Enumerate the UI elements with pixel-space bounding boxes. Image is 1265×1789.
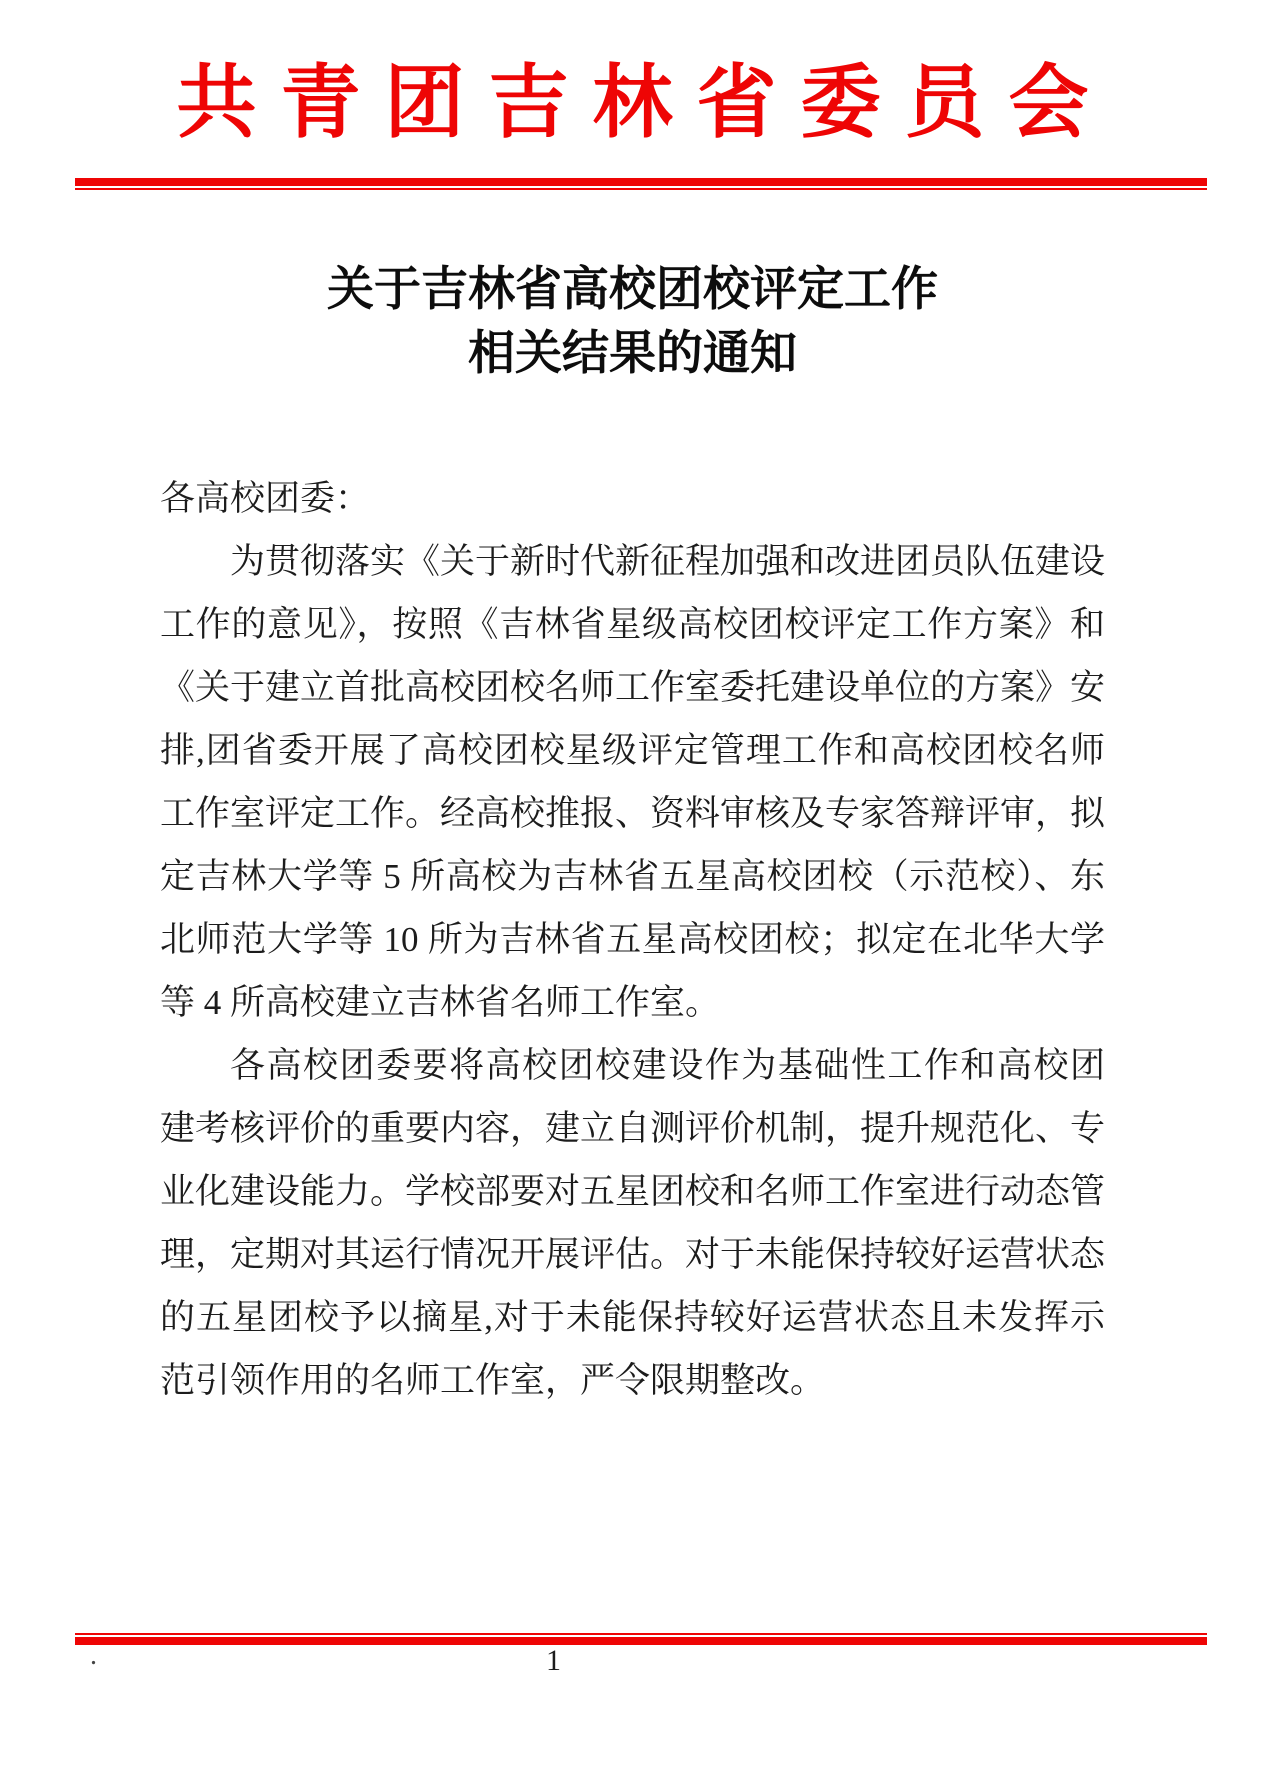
paragraph: 为贯彻落实《关于新时代新征程加强和改进团员队伍建设工作的意见》，按照《吉林省星级… — [160, 530, 1105, 1034]
header-separator — [75, 178, 1207, 190]
body-paragraphs: 为贯彻落实《关于新时代新征程加强和改进团员队伍建设工作的意见》，按照《吉林省星级… — [160, 530, 1105, 1412]
document-title-line-1: 关于吉林省高校团校评定工作 — [0, 258, 1265, 322]
footer-separator — [75, 1633, 1207, 1645]
body-line: 工作的意见》，按照《吉林省星级高校团校评定工作方案》和 — [160, 593, 1105, 656]
body-line: 业化建设能力。学校部要对五星团校和名师工作室进行动态管 — [160, 1160, 1105, 1223]
body-line: 的五星团校予以摘星,对于未能保持较好运营状态且未发挥示 — [160, 1286, 1105, 1349]
body-line: 北师范大学等 10 所为吉林省五星高校团校；拟定在北华大学 — [160, 908, 1105, 971]
body-line: 《关于建立首批高校团校名师工作室委托建设单位的方案》安 — [160, 656, 1105, 719]
document-page: 共青团吉林省委员会 关于吉林省高校团校评定工作 相关结果的通知 各高校团委： 为… — [0, 0, 1265, 1789]
document-title-line-2: 相关结果的通知 — [0, 322, 1265, 386]
paragraph: 各高校团委要将高校团校建设作为基础性工作和高校团建考核评价的重要内容，建立自测评… — [160, 1034, 1105, 1412]
body-line: 建考核评价的重要内容，建立自测评价机制，提升规范化、专 — [160, 1097, 1105, 1160]
footer-left-mark: . — [90, 1640, 97, 1672]
body-line: 为贯彻落实《关于新时代新征程加强和改进团员队伍建设 — [160, 530, 1105, 593]
body-line: 排,团省委开展了高校团校星级评定管理工作和高校团校名师 — [160, 719, 1105, 782]
footer-separator-thick-rule — [75, 1637, 1207, 1645]
body-line: 理，定期对其运行情况开展评估。对于未能保持较好运营状态 — [160, 1223, 1105, 1286]
letterhead-org-name: 共青团吉林省委员会 — [0, 48, 1265, 160]
header-separator-thin-rule — [75, 188, 1207, 190]
body-line: 各高校团委要将高校团校建设作为基础性工作和高校团 — [160, 1034, 1105, 1097]
document-title: 关于吉林省高校团校评定工作 相关结果的通知 — [0, 258, 1265, 386]
header-separator-thick-rule — [75, 178, 1207, 186]
page-number: 1 — [546, 1644, 561, 1678]
body-line: 定吉林大学等 5 所高校为吉林省五星高校团校（示范校）、东 — [160, 845, 1105, 908]
footer-separator-thin-rule — [75, 1633, 1207, 1635]
body-line: 工作室评定工作。经高校推报、资料审核及专家答辩评审，拟 — [160, 782, 1105, 845]
document-body: 各高校团委： 为贯彻落实《关于新时代新征程加强和改进团员队伍建设工作的意见》，按… — [160, 467, 1105, 1412]
salutation: 各高校团委： — [160, 467, 1105, 530]
body-line: 范引领作用的名师工作室，严令限期整改。 — [160, 1349, 1105, 1412]
body-line: 等 4 所高校建立吉林省名师工作室。 — [160, 971, 1105, 1034]
